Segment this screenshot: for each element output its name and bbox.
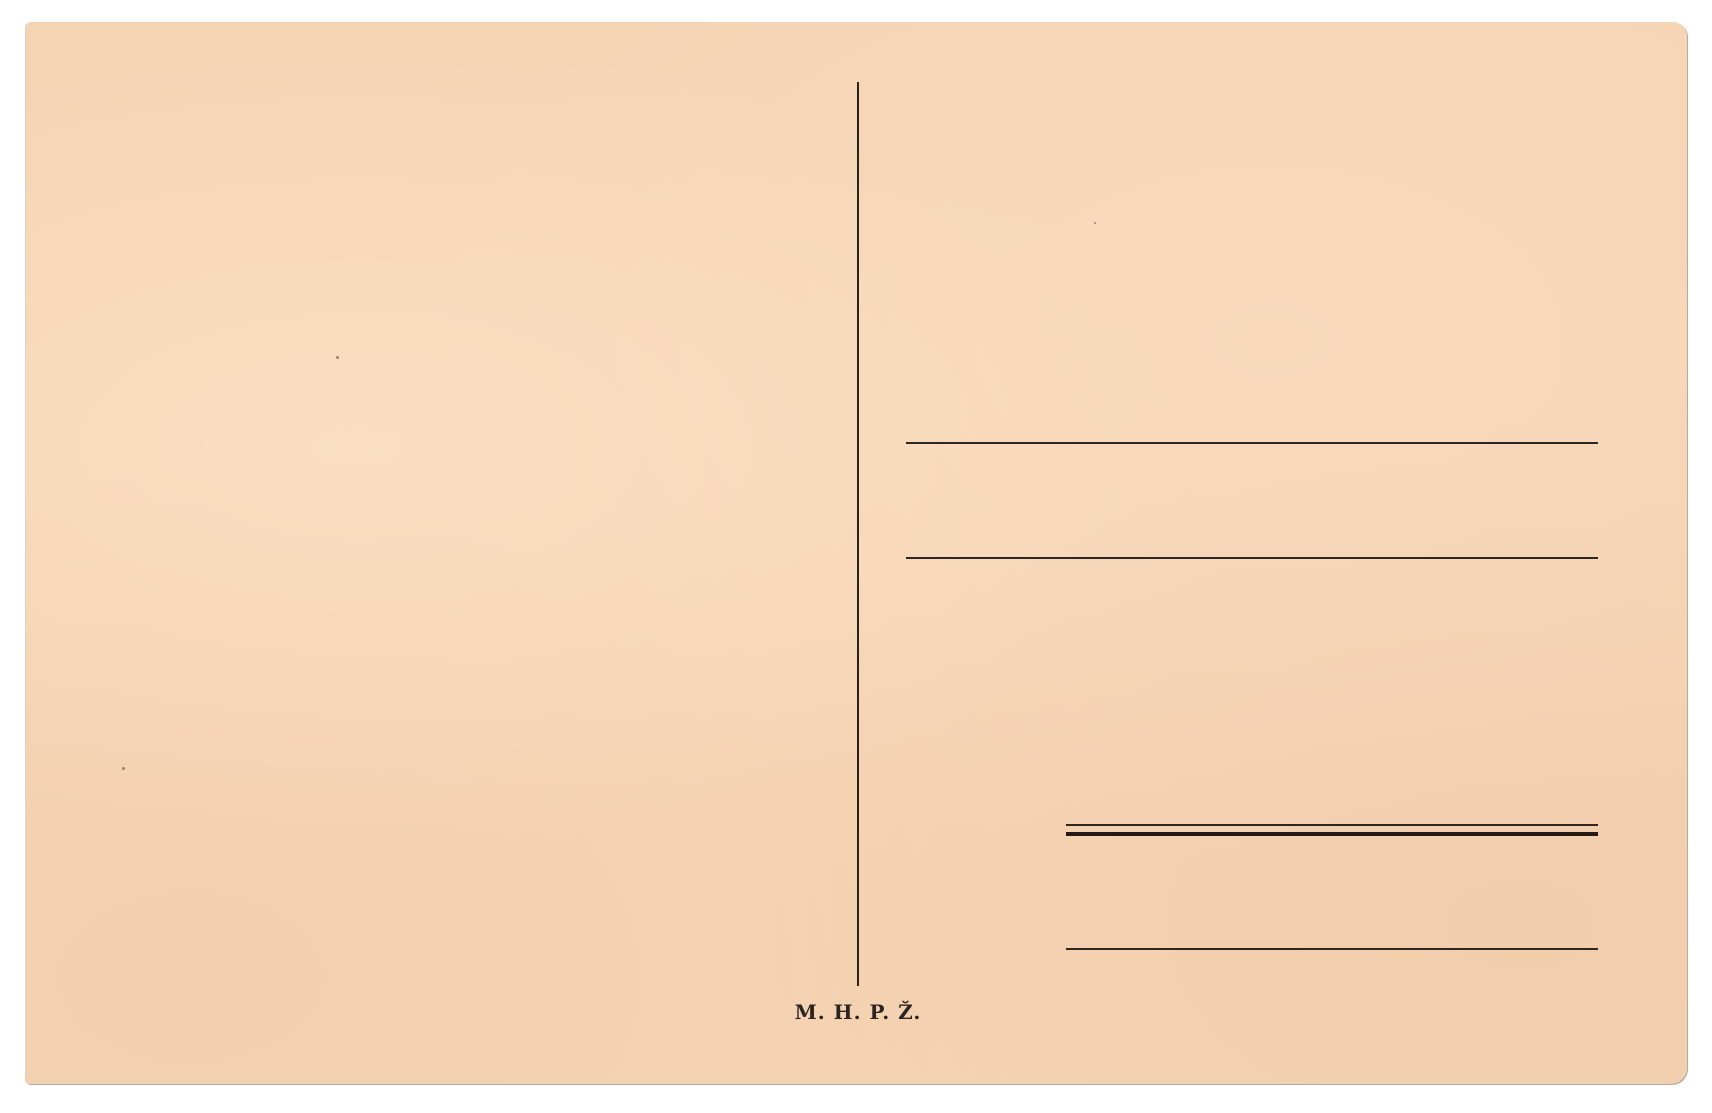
postcard-back: M. H. P. Ž. xyxy=(26,22,1687,1084)
address-line-4 xyxy=(1066,948,1598,950)
address-line-3-thick xyxy=(1066,832,1598,836)
address-line-2 xyxy=(906,557,1598,559)
address-line-3-thin xyxy=(1066,824,1598,826)
publisher-mark: M. H. P. Ž. xyxy=(726,1000,990,1024)
address-line-1 xyxy=(906,442,1598,444)
paper-speck xyxy=(1094,222,1096,224)
paper-speck xyxy=(122,767,125,770)
paper-speck xyxy=(336,356,339,359)
message-address-divider xyxy=(857,82,859,986)
